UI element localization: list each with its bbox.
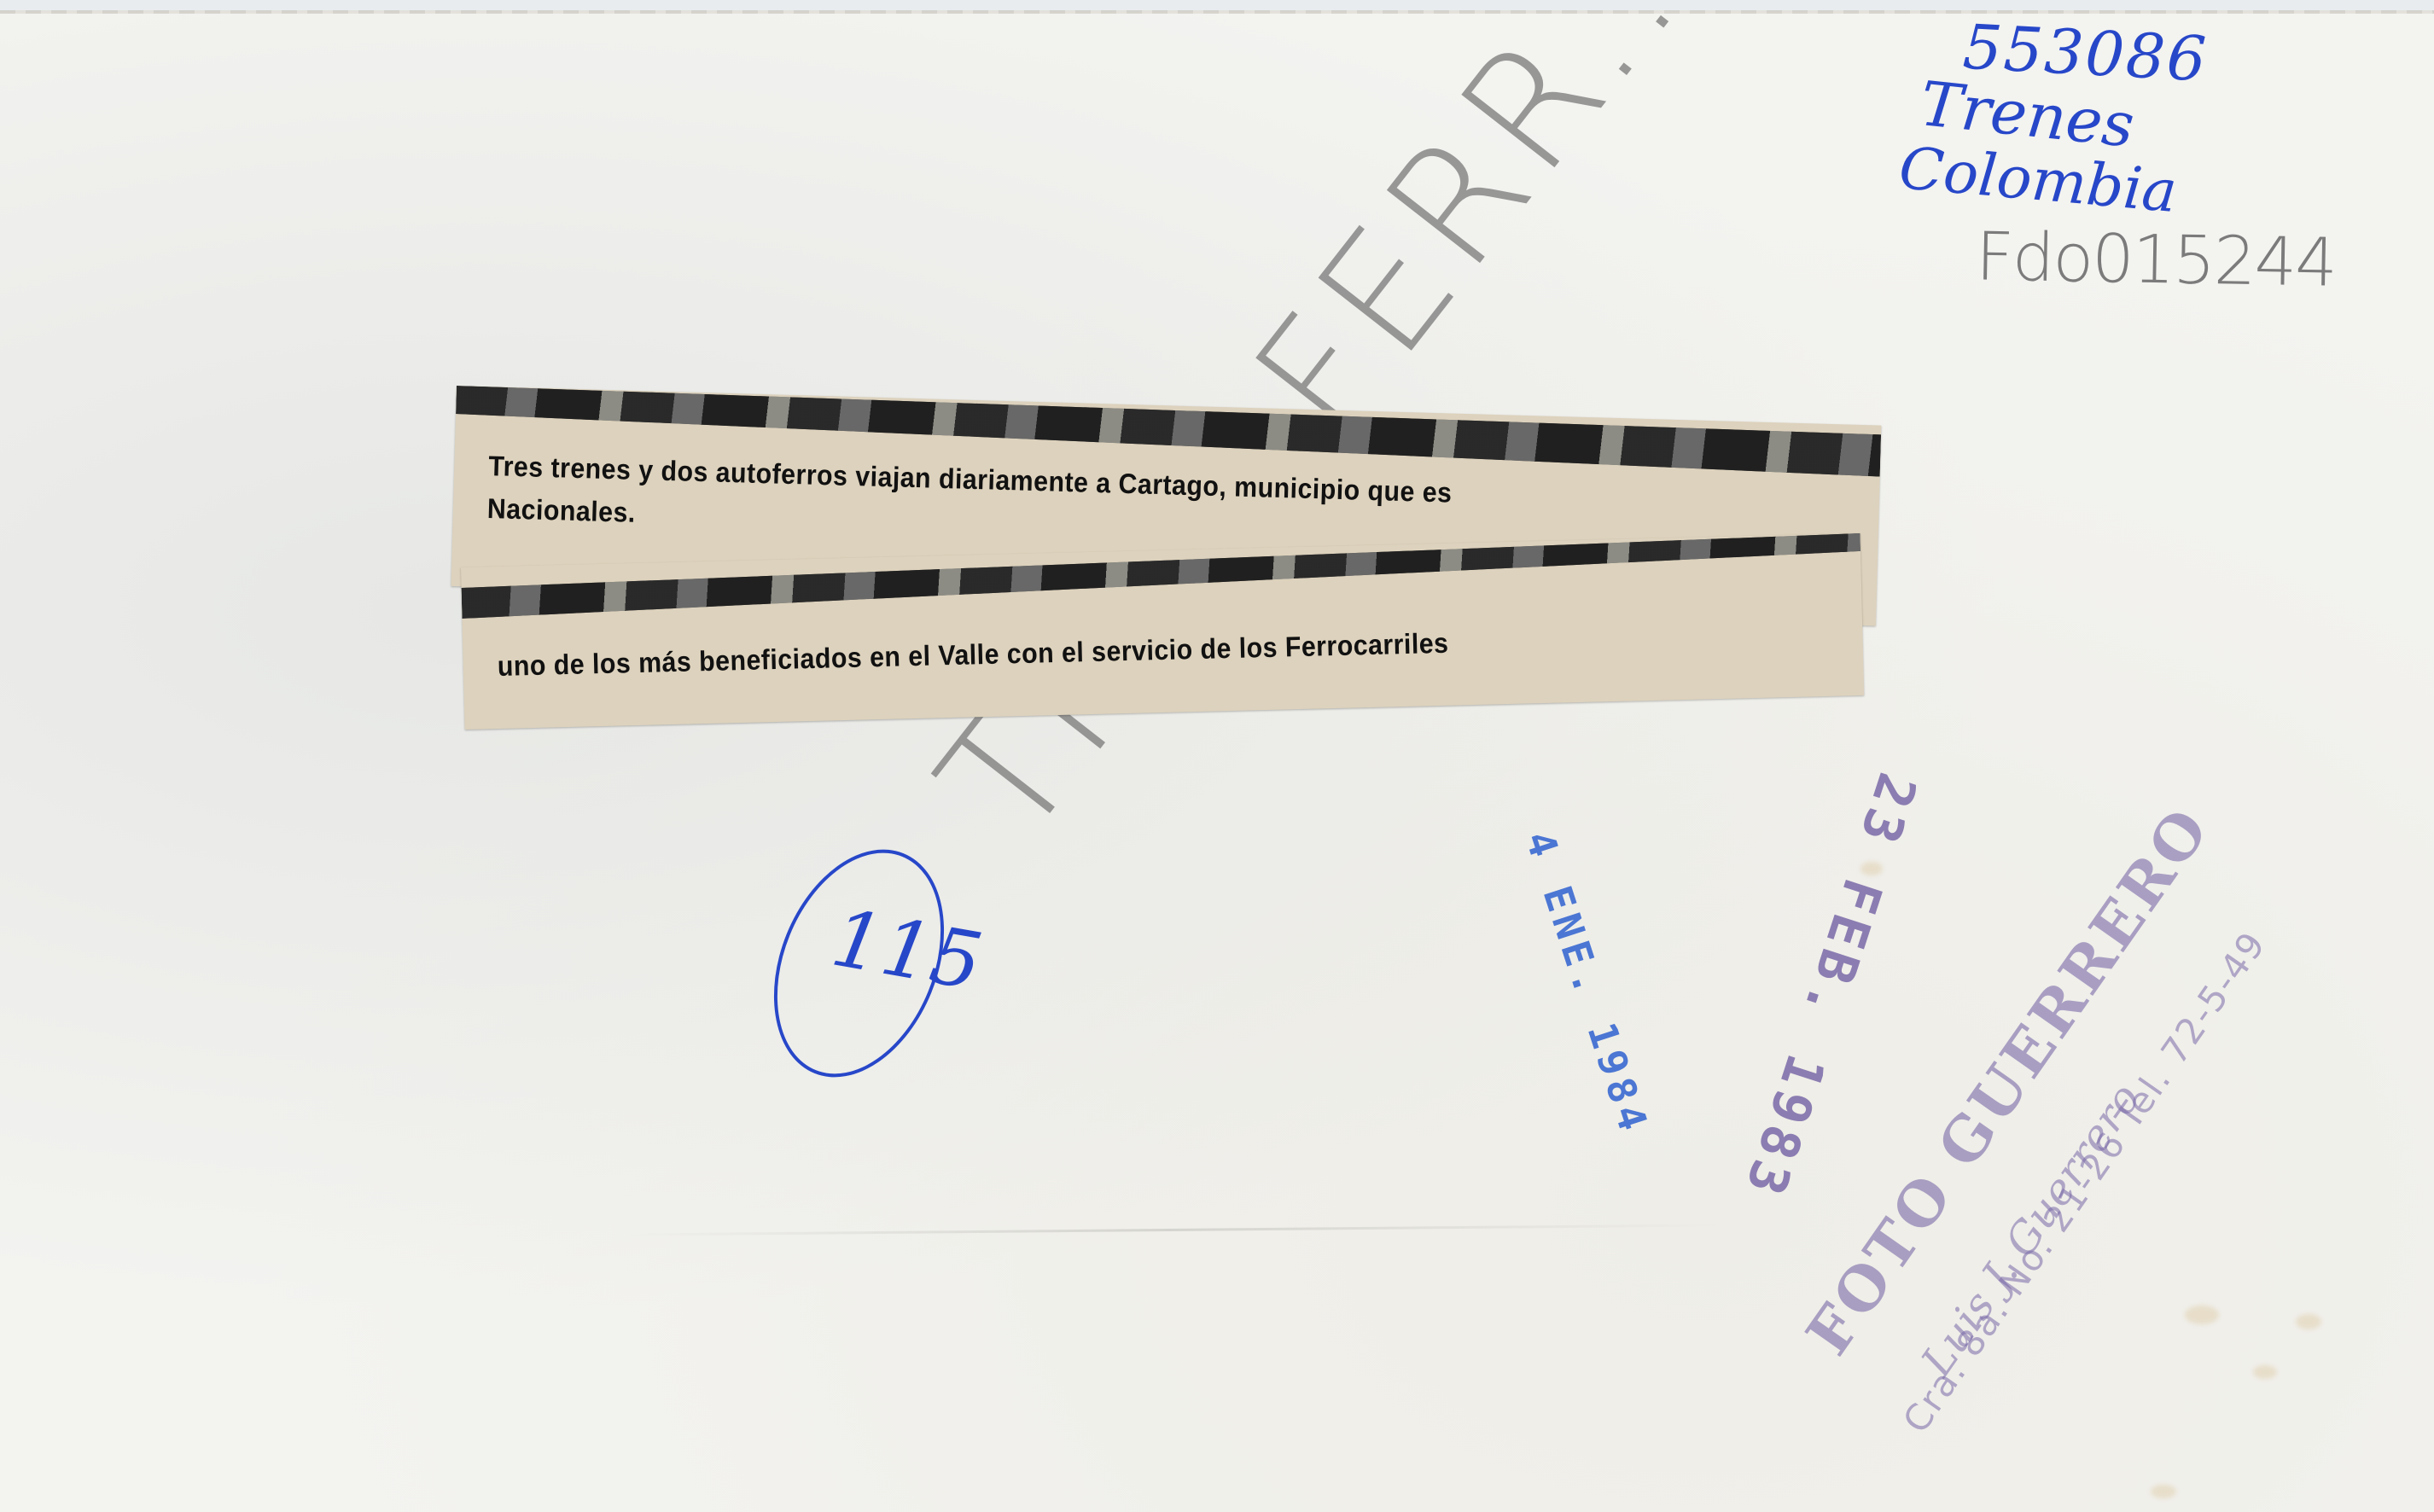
caption-line-2: Nacionales.	[486, 492, 636, 529]
sheet-top-edge	[0, 10, 2434, 14]
age-stain	[2296, 1314, 2321, 1329]
age-stain	[2151, 1485, 2176, 1498]
newspaper-clipping-bottom: uno de los más beneficiados en el Valle …	[461, 533, 1864, 730]
age-stain	[2253, 1365, 2277, 1379]
caption-line-3: uno de los más beneficiados en el Valle …	[497, 627, 1448, 683]
archive-id-note: Fdo015244	[1975, 218, 2336, 301]
age-stain	[2185, 1306, 2219, 1324]
